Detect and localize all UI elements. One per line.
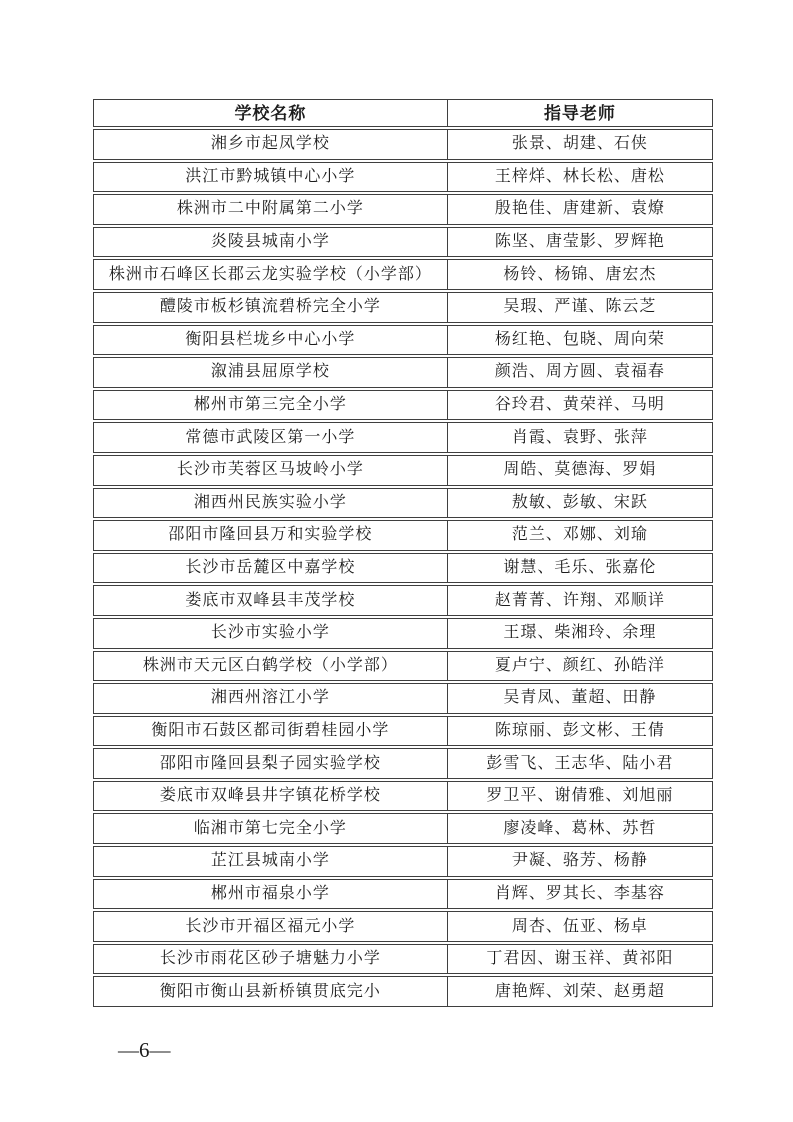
- school-name-cell: 湘西州民族实验小学: [94, 489, 448, 518]
- teachers-cell: 颜浩、周方圆、袁福春: [448, 358, 712, 387]
- teachers-cell: 杨红艳、包晓、周向荣: [448, 326, 712, 355]
- school-teachers-table: 学校名称 指导老师 湘乡市起凤学校 张景、胡建、石侠 洪江市黔城镇中心小学 王梓…: [93, 99, 713, 1007]
- table-row: 娄底市双峰县丰茂学校 赵菁菁、许翔、邓顺详: [93, 585, 713, 616]
- table-header-row: 学校名称 指导老师: [93, 99, 713, 127]
- teachers-cell: 吴青凤、董超、田静: [448, 684, 712, 713]
- school-name-cell: 郴州市福泉小学: [94, 880, 448, 909]
- school-name-cell: 临湘市第七完全小学: [94, 814, 448, 843]
- teachers-cell: 丁君因、谢玉祥、黄祁阳: [448, 945, 712, 974]
- header-teachers: 指导老师: [448, 100, 712, 126]
- table-row: 长沙市实验小学 王璟、柴湘玲、余理: [93, 618, 713, 649]
- table-row: 常德市武陵区第一小学 肖霞、袁野、张萍: [93, 422, 713, 453]
- school-name-cell: 长沙市开福区福元小学: [94, 912, 448, 941]
- table-row: 邵阳市隆回县梨子园实验学校 彭雪飞、王志华、陆小君: [93, 748, 713, 779]
- school-name-cell: 芷江县城南小学: [94, 847, 448, 876]
- table-row: 株洲市二中附属第二小学 殷艳佳、唐建新、袁燎: [93, 194, 713, 225]
- table-row: 溆浦县屈原学校 颜浩、周方圆、袁福春: [93, 357, 713, 388]
- teachers-cell: 夏卢宁、颜红、孙皓洋: [448, 652, 712, 681]
- table-row: 临湘市第七完全小学 廖凌峰、葛林、苏哲: [93, 813, 713, 844]
- table-row: 衡阳市衡山县新桥镇贯底完小 唐艳辉、刘荣、赵勇超: [93, 976, 713, 1007]
- table-row: 湘西州民族实验小学 敖敏、彭敏、宋跃: [93, 488, 713, 519]
- school-name-cell: 衡阳县栏垅乡中心小学: [94, 326, 448, 355]
- table-row: 长沙市岳麓区中嘉学校 谢慧、毛乐、张嘉伦: [93, 553, 713, 584]
- school-name-cell: 长沙市雨花区砂子塘魅力小学: [94, 945, 448, 974]
- document-page: 学校名称 指导老师 湘乡市起凤学校 张景、胡建、石侠 洪江市黔城镇中心小学 王梓…: [0, 0, 793, 1122]
- school-name-cell: 长沙市实验小学: [94, 619, 448, 648]
- teachers-cell: 肖霞、袁野、张萍: [448, 423, 712, 452]
- table-row: 株洲市石峰区长郡云龙实验学校（小学部） 杨铃、杨锦、唐宏杰: [93, 259, 713, 290]
- teachers-cell: 王梓烊、林长松、唐松: [448, 163, 712, 192]
- school-name-cell: 衡阳市衡山县新桥镇贯底完小: [94, 977, 448, 1006]
- table-row: 湘西州溶江小学 吴青凤、董超、田静: [93, 683, 713, 714]
- teachers-cell: 王璟、柴湘玲、余理: [448, 619, 712, 648]
- table-row: 株洲市天元区白鹤学校（小学部） 夏卢宁、颜红、孙皓洋: [93, 651, 713, 682]
- teachers-cell: 敖敏、彭敏、宋跃: [448, 489, 712, 518]
- teachers-cell: 张景、胡建、石侠: [448, 130, 712, 159]
- table-body: 湘乡市起凤学校 张景、胡建、石侠 洪江市黔城镇中心小学 王梓烊、林长松、唐松 株…: [93, 129, 713, 1007]
- teachers-cell: 殷艳佳、唐建新、袁燎: [448, 195, 712, 224]
- school-name-cell: 炎陵县城南小学: [94, 228, 448, 257]
- school-name-cell: 溆浦县屈原学校: [94, 358, 448, 387]
- table-row: 芷江县城南小学 尹凝、骆芳、杨静: [93, 846, 713, 877]
- school-name-cell: 娄底市双峰县丰茂学校: [94, 586, 448, 615]
- table-row: 醴陵市板杉镇流碧桥完全小学 吴瑕、严谨、陈云芝: [93, 292, 713, 323]
- table-row: 娄底市双峰县井字镇花桥学校 罗卫平、谢倩雅、刘旭丽: [93, 781, 713, 812]
- teachers-cell: 杨铃、杨锦、唐宏杰: [448, 260, 712, 289]
- school-name-cell: 株洲市天元区白鹤学校（小学部）: [94, 652, 448, 681]
- table-row: 衡阳县栏垅乡中心小学 杨红艳、包晓、周向荣: [93, 325, 713, 356]
- school-name-cell: 长沙市芙蓉区马坡岭小学: [94, 456, 448, 485]
- teachers-cell: 肖辉、罗其长、李基容: [448, 880, 712, 909]
- teachers-cell: 周皓、莫德海、罗娟: [448, 456, 712, 485]
- school-name-cell: 邵阳市隆回县梨子园实验学校: [94, 749, 448, 778]
- teachers-cell: 尹凝、骆芳、杨静: [448, 847, 712, 876]
- school-name-cell: 常德市武陵区第一小学: [94, 423, 448, 452]
- teachers-cell: 唐艳辉、刘荣、赵勇超: [448, 977, 712, 1006]
- school-name-cell: 洪江市黔城镇中心小学: [94, 163, 448, 192]
- school-name-cell: 醴陵市板杉镇流碧桥完全小学: [94, 293, 448, 322]
- teachers-cell: 陈琼丽、彭文彬、王倩: [448, 717, 712, 746]
- school-name-cell: 湘西州溶江小学: [94, 684, 448, 713]
- page-number: —6—: [118, 1038, 171, 1063]
- teachers-cell: 彭雪飞、王志华、陆小君: [448, 749, 712, 778]
- table-row: 郴州市第三完全小学 谷玲君、黄荣祥、马明: [93, 390, 713, 421]
- school-name-cell: 娄底市双峰县井字镇花桥学校: [94, 782, 448, 811]
- teachers-cell: 范兰、邓娜、刘瑜: [448, 521, 712, 550]
- table-row: 长沙市芙蓉区马坡岭小学 周皓、莫德海、罗娟: [93, 455, 713, 486]
- teachers-cell: 谷玲君、黄荣祥、马明: [448, 391, 712, 420]
- table-row: 洪江市黔城镇中心小学 王梓烊、林长松、唐松: [93, 162, 713, 193]
- table-row: 衡阳市石鼓区都司街碧桂园小学 陈琼丽、彭文彬、王倩: [93, 716, 713, 747]
- teachers-cell: 廖凌峰、葛林、苏哲: [448, 814, 712, 843]
- teachers-cell: 周杏、伍亚、杨卓: [448, 912, 712, 941]
- table-row: 邵阳市隆回县万和实验学校 范兰、邓娜、刘瑜: [93, 520, 713, 551]
- school-name-cell: 长沙市岳麓区中嘉学校: [94, 554, 448, 583]
- table-row: 长沙市开福区福元小学 周杏、伍亚、杨卓: [93, 911, 713, 942]
- school-name-cell: 株洲市二中附属第二小学: [94, 195, 448, 224]
- school-name-cell: 郴州市第三完全小学: [94, 391, 448, 420]
- teachers-cell: 吴瑕、严谨、陈云芝: [448, 293, 712, 322]
- table-row: 炎陵县城南小学 陈坚、唐莹影、罗辉艳: [93, 227, 713, 258]
- table-row: 湘乡市起凤学校 张景、胡建、石侠: [93, 129, 713, 160]
- teachers-cell: 赵菁菁、许翔、邓顺详: [448, 586, 712, 615]
- teachers-cell: 陈坚、唐莹影、罗辉艳: [448, 228, 712, 257]
- teachers-cell: 罗卫平、谢倩雅、刘旭丽: [448, 782, 712, 811]
- school-name-cell: 株洲市石峰区长郡云龙实验学校（小学部）: [94, 260, 448, 289]
- table-row: 郴州市福泉小学 肖辉、罗其长、李基容: [93, 879, 713, 910]
- school-name-cell: 邵阳市隆回县万和实验学校: [94, 521, 448, 550]
- school-name-cell: 湘乡市起凤学校: [94, 130, 448, 159]
- header-school-name: 学校名称: [94, 100, 448, 126]
- teachers-cell: 谢慧、毛乐、张嘉伦: [448, 554, 712, 583]
- table-row: 长沙市雨花区砂子塘魅力小学 丁君因、谢玉祥、黄祁阳: [93, 944, 713, 975]
- school-name-cell: 衡阳市石鼓区都司街碧桂园小学: [94, 717, 448, 746]
